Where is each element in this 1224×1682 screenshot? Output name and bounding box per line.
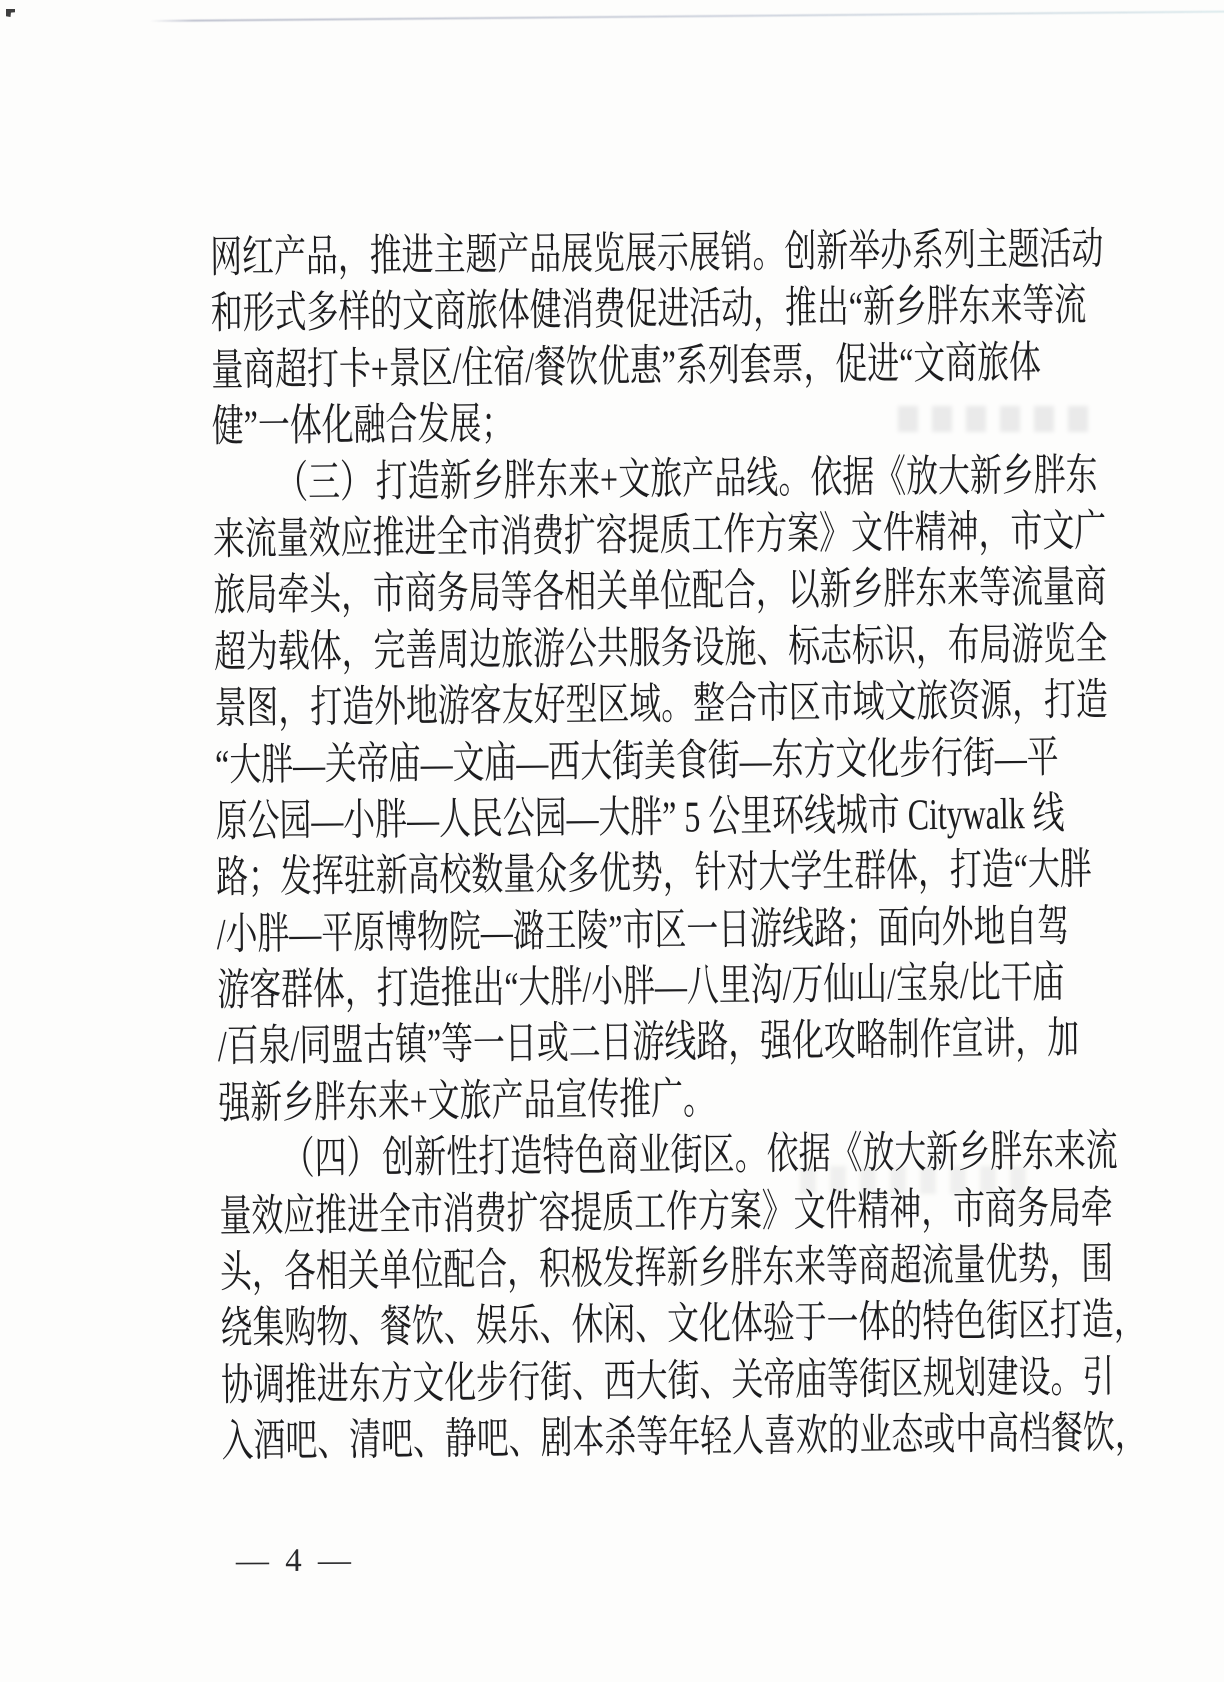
text-line: 量效应推进全市消费扩容提质工作方案》文件精神，市商务局牵 bbox=[219, 1180, 1133, 1245]
text-line: 协调推进东方文化步行街、西大街、关帝庙等街区规划建设。引 bbox=[221, 1349, 1135, 1414]
clause-4-heading: 创新性打造特色商业街区。 bbox=[382, 1130, 767, 1183]
text-line: 路；发挥驻新高校数量众多优势，针对大学生群体，打造“大胖 bbox=[216, 841, 1130, 906]
document-page: 网红产品，推进主题产品展览展示展销。创新举办系列主题活动 和形式多样的文商旅体健… bbox=[0, 0, 1224, 1682]
clause-4-first-line: （四）创新性打造特色商业街区。依据《放大新乡胖东来流 bbox=[219, 1123, 1133, 1188]
text-line: 超为载体，完善周边旅游公共服务设施、标志标识，布局游览全 bbox=[214, 616, 1128, 681]
text-line: /小胖—平原博物院—潞王陵”市区一日游线路；面向外地自驾 bbox=[216, 898, 1130, 963]
text-line: 绕集购物、餐饮、娱乐、休闲、文化体验于一体的特色街区打造， bbox=[220, 1293, 1134, 1358]
text-column: 网红产品，推进主题产品展览展示展销。创新举办系列主题活动 和形式多样的文商旅体健… bbox=[210, 221, 1135, 1470]
text-run: 依据《放大新乡胖东 bbox=[810, 450, 1098, 502]
text-line: /百泉/同盟古镇”等一日或二日游线路，强化攻略制作宣讲，加 bbox=[218, 1011, 1132, 1076]
text-line: 来流量效应推进全市消费扩容提质工作方案》文件精神，市文广 bbox=[213, 503, 1127, 568]
text-line: 和形式多样的文商旅体健消费促进活动，推出“新乡胖东来等流 bbox=[211, 278, 1125, 343]
text-line: 网红产品，推进主题产品展览展示展销。创新举办系列主题活动 bbox=[210, 221, 1124, 286]
text-line: 游客群体，打造推出“大胖/小胖—八里沟/万仙山/宝泉/比干庙 bbox=[217, 954, 1131, 1019]
page-number: — 4 — bbox=[236, 1543, 355, 1581]
scan-artifact-corner-mark bbox=[6, 9, 15, 17]
text-line: 量商超打卡+景区/住宿/餐饮优惠”系列套票，促进“文商旅体 bbox=[211, 334, 1125, 399]
text-run: 依据《放大新乡胖东来流 bbox=[767, 1127, 1118, 1179]
text-line: 旅局牵头，市商务局等各相关单位配合，以新乡胖东来等流量商 bbox=[213, 560, 1127, 625]
text-line: 健”一体化融合发展； bbox=[212, 390, 1126, 455]
text-line: 强新乡胖东来+文旅产品宣传推广。 bbox=[218, 1067, 1132, 1132]
text-line: 景图，打造外地游客友好型区域。整合市区市域文旅资源，打造 bbox=[214, 672, 1128, 737]
clause-4-marker: （四） bbox=[282, 1134, 378, 1184]
clause-3-first-line: （三）打造新乡胖东来+文旅产品线。依据《放大新乡胖东 bbox=[212, 447, 1126, 512]
document-body: 网红产品，推进主题产品展览展示展销。创新举办系列主题活动 和形式多样的文商旅体健… bbox=[210, 218, 1224, 1471]
clause-3-heading: 打造新乡胖东来+文旅产品线。 bbox=[376, 453, 811, 506]
scan-artifact-line bbox=[150, 11, 1224, 22]
text-line: “大胖—关帝庙—文庙—西大街美食街—东方文化步行街—平 bbox=[215, 729, 1129, 794]
text-line: 入酒吧、清吧、静吧、剧本杀等年轻人喜欢的业态或中高档餐饮， bbox=[221, 1405, 1135, 1470]
text-line: 原公园—小胖—人民公园—大胖” 5 公里环线城市 Citywalk 线 bbox=[215, 785, 1129, 850]
text-line: 头，各相关单位配合，积极发挥新乡胖东来等商超流量优势，围 bbox=[220, 1236, 1134, 1301]
clause-3-marker: （三） bbox=[276, 457, 372, 507]
